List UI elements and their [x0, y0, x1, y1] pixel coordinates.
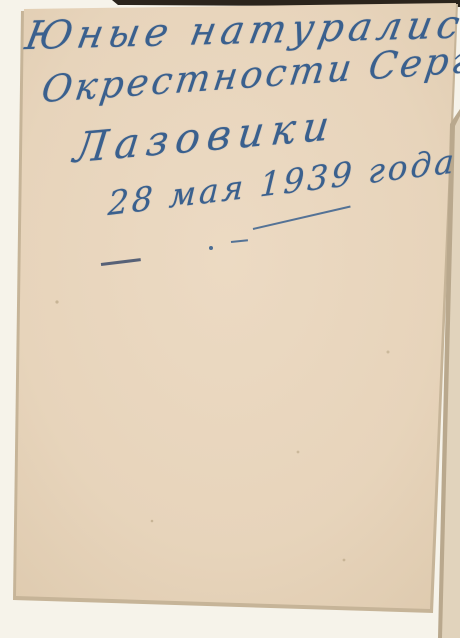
ink-dot: [209, 246, 213, 250]
paper-speck: [343, 559, 346, 562]
paper-speck: [151, 520, 154, 523]
paper-speck: [387, 351, 390, 354]
scanned-photo-back: Юные натуралисты Окрестности Сергач. Лаз…: [0, 0, 460, 638]
paper-speck: [55, 300, 58, 303]
paper-speck: [297, 451, 300, 454]
